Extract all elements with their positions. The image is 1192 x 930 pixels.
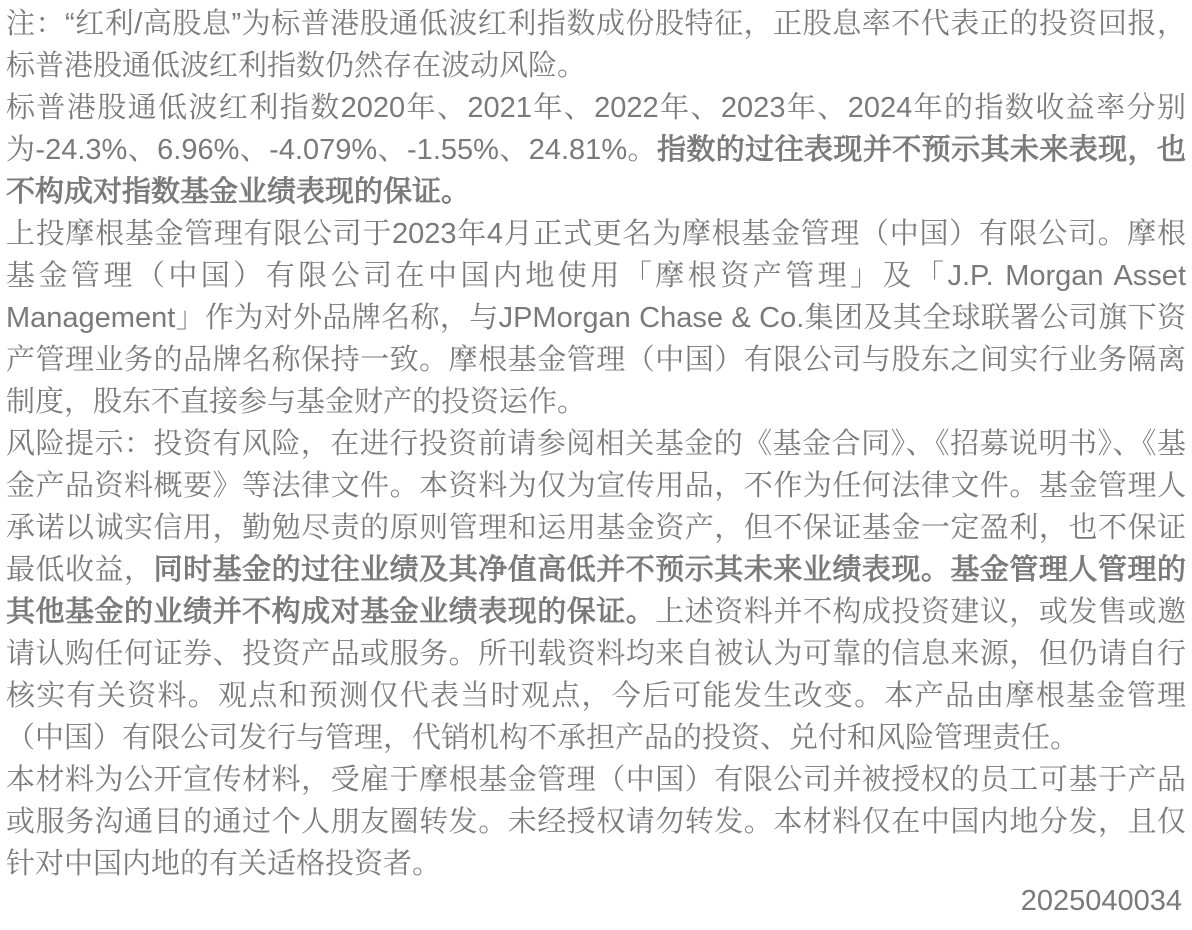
- paragraph: 上投摩根基金管理有限公司于2023年4月正式更名为摩根基金管理（中国）有限公司。…: [6, 213, 1186, 423]
- paragraph: 本材料为公开宣传材料，受雇于摩根基金管理（中国）有限公司并被授权的员工可基于产品…: [6, 759, 1186, 885]
- disclaimer-document: 注：“红利/高股息”为标普港股通低波红利指数成份股特征，正股息率不代表正的投资回…: [0, 0, 1192, 930]
- paragraph: 标普港股通低波红利指数2020年、2021年、2022年、2023年、2024年…: [6, 87, 1186, 213]
- text-segment: 上投摩根基金管理有限公司于2023年4月正式更名为摩根基金管理（中国）有限公司。…: [6, 218, 1186, 418]
- paragraph: 注：“红利/高股息”为标普港股通低波红利指数成份股特征，正股息率不代表正的投资回…: [6, 3, 1186, 87]
- paragraph: 风险提示：投资有风险，在进行投资前请参阅相关基金的《基金合同》、《招募说明书》、…: [6, 423, 1186, 759]
- text-segment: 本材料为公开宣传材料，受雇于摩根基金管理（中国）有限公司并被授权的员工可基于产品…: [6, 764, 1186, 880]
- disclaimer-paragraphs: 注：“红利/高股息”为标普港股通低波红利指数成份股特征，正股息率不代表正的投资回…: [6, 3, 1186, 885]
- material-code: 2025040034: [1021, 880, 1182, 922]
- text-segment: 注：“红利/高股息”为标普港股通低波红利指数成份股特征，正股息率不代表正的投资回…: [6, 8, 1186, 82]
